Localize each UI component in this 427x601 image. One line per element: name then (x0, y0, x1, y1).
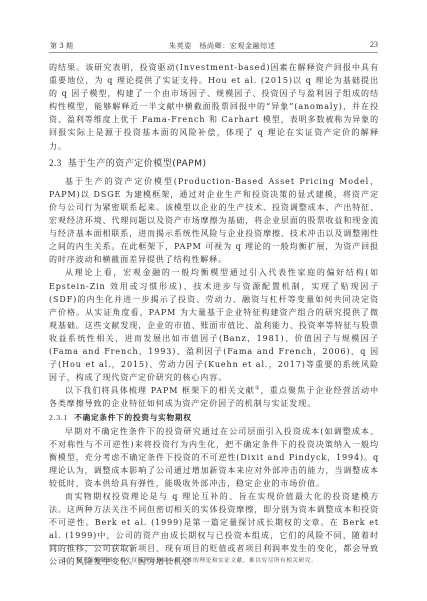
footnote-mark: ① (62, 558, 68, 564)
subsection-title: 不确定条件下的投资与实物期权 (74, 413, 192, 422)
footnote-text: 鉴于篇幅限制，本文仅梳理部分具有代表性的理论和实证文献，难以穷尽所有相关研究。 (76, 558, 318, 564)
section-heading-2-3-1: 2.3.1不确定条件下的投资与实物期权 (49, 411, 379, 424)
page-number: 23 (370, 40, 378, 49)
issue-number: 第 3 期 (50, 41, 73, 51)
paragraph-uncertainty-investment: 早期对不确定性条件下的投资研究通过在公司层面引入投资成本(如调整成本、不对称性与… (49, 425, 379, 490)
section-number: 2.3 (49, 158, 62, 168)
paragraph-papm-outline: 以下我们将具体梳理 PAPM 框架下的相关文献①，重点聚焦于企业经营活动中各类摩… (49, 384, 379, 410)
section-title: 基于生产的资产定价模型(PAPM) (68, 159, 207, 169)
footnote: ①鉴于篇幅限制，本文仅梳理部分具有代表性的理论和实证文献，难以穷尽所有相关研究。 (62, 556, 317, 564)
running-header: 第 3 期 朱英姿 杨尚卿：宏观金融综述 23 (49, 38, 378, 53)
outline-text-a: 以下我们将具体梳理 PAPM 框架下的相关文献 (65, 386, 255, 395)
main-text: 的结果。该研究表明，投资驱动(Investment-based)因素在解释资产回… (49, 61, 379, 569)
paragraph-q-factor: 的结果。该研究表明，投资驱动(Investment-based)因素在解释资产回… (49, 61, 379, 153)
running-title: 朱英姿 杨尚卿：宏观金融综述 (169, 41, 275, 51)
footnote-divider (49, 545, 131, 546)
paragraph-papm-intro: 基于生产的资产定价模型(Production-Based Asset Prici… (49, 175, 379, 267)
paragraph-papm-theory: 从理论上看，宏观金融的一般均衡模型通过引入代表性家庭的偏好结构(如 Epstei… (49, 266, 379, 384)
section-heading-2-3: 2.3基于生产的资产定价模型(PAPM) (49, 157, 379, 171)
subsection-number: 2.3.1 (49, 413, 68, 422)
